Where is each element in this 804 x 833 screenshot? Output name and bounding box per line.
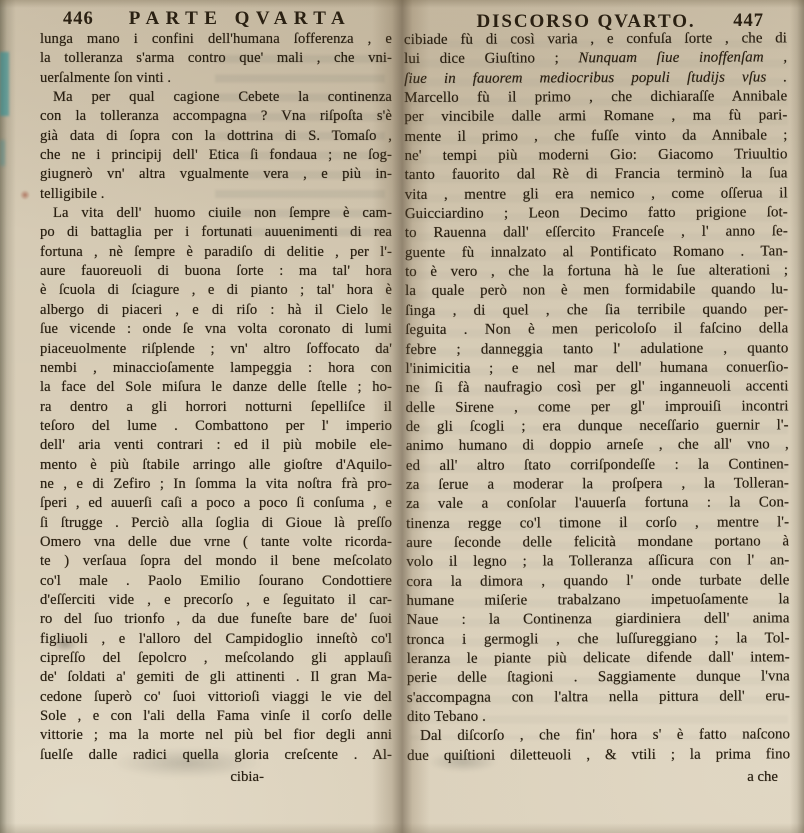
text-line: ed all' altro ſtato corriſpondeſſe : la …: [406, 455, 789, 476]
text-line: l'inimicitia ; e nel mar dell' humana co…: [405, 358, 788, 379]
left-page: 446 PARTE QVARTA lunga mano i confini de…: [36, 0, 392, 833]
text-line: aure fauoreuoli di buona ſorte : ma tal'…: [40, 262, 392, 281]
bottom-edge-shadow: [0, 823, 804, 833]
text-line: aure ſeconde delle felicità mondane port…: [406, 532, 789, 553]
text-line: delle Sirene , come per gl' improuiſi in…: [406, 397, 789, 418]
catchword-right: a che: [404, 769, 790, 786]
left-page-text: lunga mano i confini dell'humana ſoffere…: [40, 30, 392, 765]
text-line: de gli ſcogli ; era dunque neceſſario gu…: [406, 416, 789, 437]
text-line: ſi ſtrugge . Perciò alla ſoglia di Gioue…: [40, 514, 392, 533]
text-line: teſoro del lume . Combattono per l' impe…: [40, 417, 392, 436]
text-line: to Rauenna dall' eſſercito Franceſe , l'…: [405, 223, 788, 244]
text-line: la face del Sole miſura le danze delle ſ…: [40, 378, 392, 397]
right-page-text: cibiade fù di così varia , e confuſa ſor…: [404, 29, 790, 766]
text-line: tronca i germogli , che luſſureggiano ; …: [407, 629, 790, 650]
text-line: fortuna , nè ſempre è paradiſo di deliti…: [40, 243, 392, 262]
text-line: piaceuolmente riſplende ; vn' altro ſoff…: [40, 340, 392, 359]
text-line: to è vero , che la fortuna hà le ſue alt…: [405, 261, 788, 282]
text-line: ſiue in fauorem mediocribus populi ſtudi…: [404, 68, 787, 89]
text-line: ſeguita . Non è men pericoloſo il faſcin…: [405, 319, 788, 340]
text-line: po di battaglia per i fortunati auuenime…: [40, 223, 392, 242]
text-line: lunga mano i confini dell'humana ſoffere…: [40, 30, 392, 49]
text-line: za vale a conſolar l'auuerſa fortuna : l…: [406, 494, 789, 515]
text-line: cedone ſuperò co' ſuoi vittorioſi viaggi…: [40, 688, 392, 707]
text-line: s'accompagna con l'altra nella pittura d…: [407, 687, 790, 708]
text-line: dito Tebano .: [407, 706, 790, 727]
text-line: tanto fauorito dal Rè di Francia terminò…: [405, 165, 788, 186]
text-line: cora la dimora , quando l' onde turbate …: [406, 571, 789, 592]
book-scan: 446 PARTE QVARTA lunga mano i confini de…: [0, 0, 804, 833]
text-line: za ſerue a moderar la proſpera , la Toll…: [406, 474, 789, 495]
text-line: la tolleranza s'arma contro que' mali , …: [40, 49, 392, 68]
text-line: per vincibile dalle armi Romane , ma fù …: [404, 107, 787, 128]
left-edge-shadow: [0, 0, 16, 833]
text-line: dell' aria venti contrari : ed il più mo…: [40, 436, 392, 455]
text-line: Naue : la Continenza giardiniera dell' a…: [407, 610, 790, 631]
text-line: humane miſerie trabalzano impetuoſamente…: [406, 590, 789, 611]
running-title-left: PARTE QVARTA: [36, 8, 392, 30]
text-line: ro del ſuo trionfo , da due funeſte bare…: [40, 610, 392, 629]
text-line: figliuoli , e l'alloro del Campidoglio i…: [40, 630, 392, 649]
text-line: giugnerò vn' altra vgualmente vera , e p…: [40, 165, 392, 184]
text-line: ne , e di Zefiro ; In ſomma la vita noſt…: [40, 475, 392, 494]
text-line: Marcello fù il primo , che dichiaraſſe A…: [404, 87, 787, 108]
ink-smudge: [20, 190, 30, 200]
text-line: animo humano di doppio arneſe , che all'…: [406, 436, 789, 457]
text-line: La vita dell' huomo ciuile non ſempre è …: [40, 204, 392, 223]
text-line: vita , mentre gli era nemico , come oſſe…: [405, 184, 788, 205]
text-line: è ſcuola di ſciagure , e di pianto ; tal…: [40, 281, 392, 300]
text-line: guente fù innalzato al Pontificato Roman…: [405, 242, 788, 263]
text-line: ra dentro a gli horrori notturni ſepelli…: [40, 398, 392, 417]
text-line: già data di ſopra con la dottrina di S. …: [40, 127, 392, 146]
text-line: due quiſtioni diletteuoli , & vtili ; la…: [407, 745, 790, 766]
text-line: ſinga , di quel , che ſia terribile quan…: [405, 300, 788, 321]
text-line: ſuelſe dalle radici quella gloria creſce…: [40, 746, 392, 765]
text-line: co'l male . Paolo Emilio ſourano Condott…: [40, 572, 392, 591]
scan-edge-artifact: [0, 52, 9, 116]
text-line: ne ſi fà naufragio così per gl' inganneu…: [406, 378, 789, 399]
text-line: ſperi , ed auuerſi caſi a poco a poco ſi…: [40, 494, 392, 513]
text-line: Guicciardino ; Leon Decimo fatto prigion…: [405, 203, 788, 224]
text-line: de' ſoldati a' gemiti de gli attinenti .…: [40, 668, 392, 687]
text-line: te ) verſaua ſopra del mondo il bene meſ…: [40, 552, 392, 571]
text-line: nembi , minaccioſamente lampeggia : hora…: [40, 359, 392, 378]
text-line: ſue vicende : onde ſe vna volta coronato…: [40, 320, 392, 339]
text-line: telligibile .: [40, 185, 392, 204]
text-line: uerſalmente ſon vinti .: [40, 69, 392, 88]
right-edge-shadow: [790, 0, 804, 833]
text-line: Sole , e con l'ali della Fama vinſe il c…: [40, 707, 392, 726]
text-line: febre ; danneggia tanto l' adulatione , …: [405, 339, 788, 360]
text-line: lui dice Giuſtino ; Nunquam ſiue inoffen…: [404, 49, 787, 70]
text-line: d'eſſerciti vide , e precorſo , e ſeguit…: [40, 591, 392, 610]
text-line: Ma per qual cagione Cebete la continenza: [40, 88, 392, 107]
gutter-shadow: [372, 0, 430, 833]
text-line: mento è più ſtabile arringo alle gioſtre…: [40, 456, 392, 475]
catchword-left: cibia-: [36, 769, 392, 786]
text-line: la quale però non è men formidabile quan…: [405, 281, 788, 302]
text-line: perie delle ſtagioni . Saggiamente dunqu…: [407, 668, 790, 689]
top-edge-shadow: [0, 0, 804, 8]
text-line: con la tolleranza accompagna ? Vna riſpo…: [40, 107, 392, 126]
text-line: volo il legno ; la Tolleranza aſſicura c…: [406, 552, 789, 573]
scan-edge-artifact: [0, 140, 5, 166]
text-line: vittorie ; ma la morte nel più bel fior …: [40, 726, 392, 745]
text-line: tinenza regge co'l timone il corſo , men…: [406, 513, 789, 534]
right-page: DISCORSO QVARTO. 447 cibiade fù di così …: [404, 0, 790, 833]
text-line: mente il primo , che fuſſe vinto da Anni…: [404, 126, 787, 147]
text-line: cipreſſo del ſepolcro , meſcolando gli a…: [40, 649, 392, 668]
text-line: Omero vna delle due vrne ( tante volte r…: [40, 533, 392, 552]
text-line: cibiade fù di così varia , e confuſa ſor…: [404, 29, 787, 50]
text-line: che ne i principij dell' Etica ſi fondau…: [40, 146, 392, 165]
text-line: leranza le piante più delicate difende d…: [407, 648, 790, 669]
text-line: albergo di piaceri , e di riſo : hà il C…: [40, 301, 392, 320]
text-line: Dal diſcorſo , che fin' hora s' è fatto …: [407, 726, 790, 747]
text-line: ne' tempi più moderni Gio: Giacomo Triuu…: [405, 145, 788, 166]
